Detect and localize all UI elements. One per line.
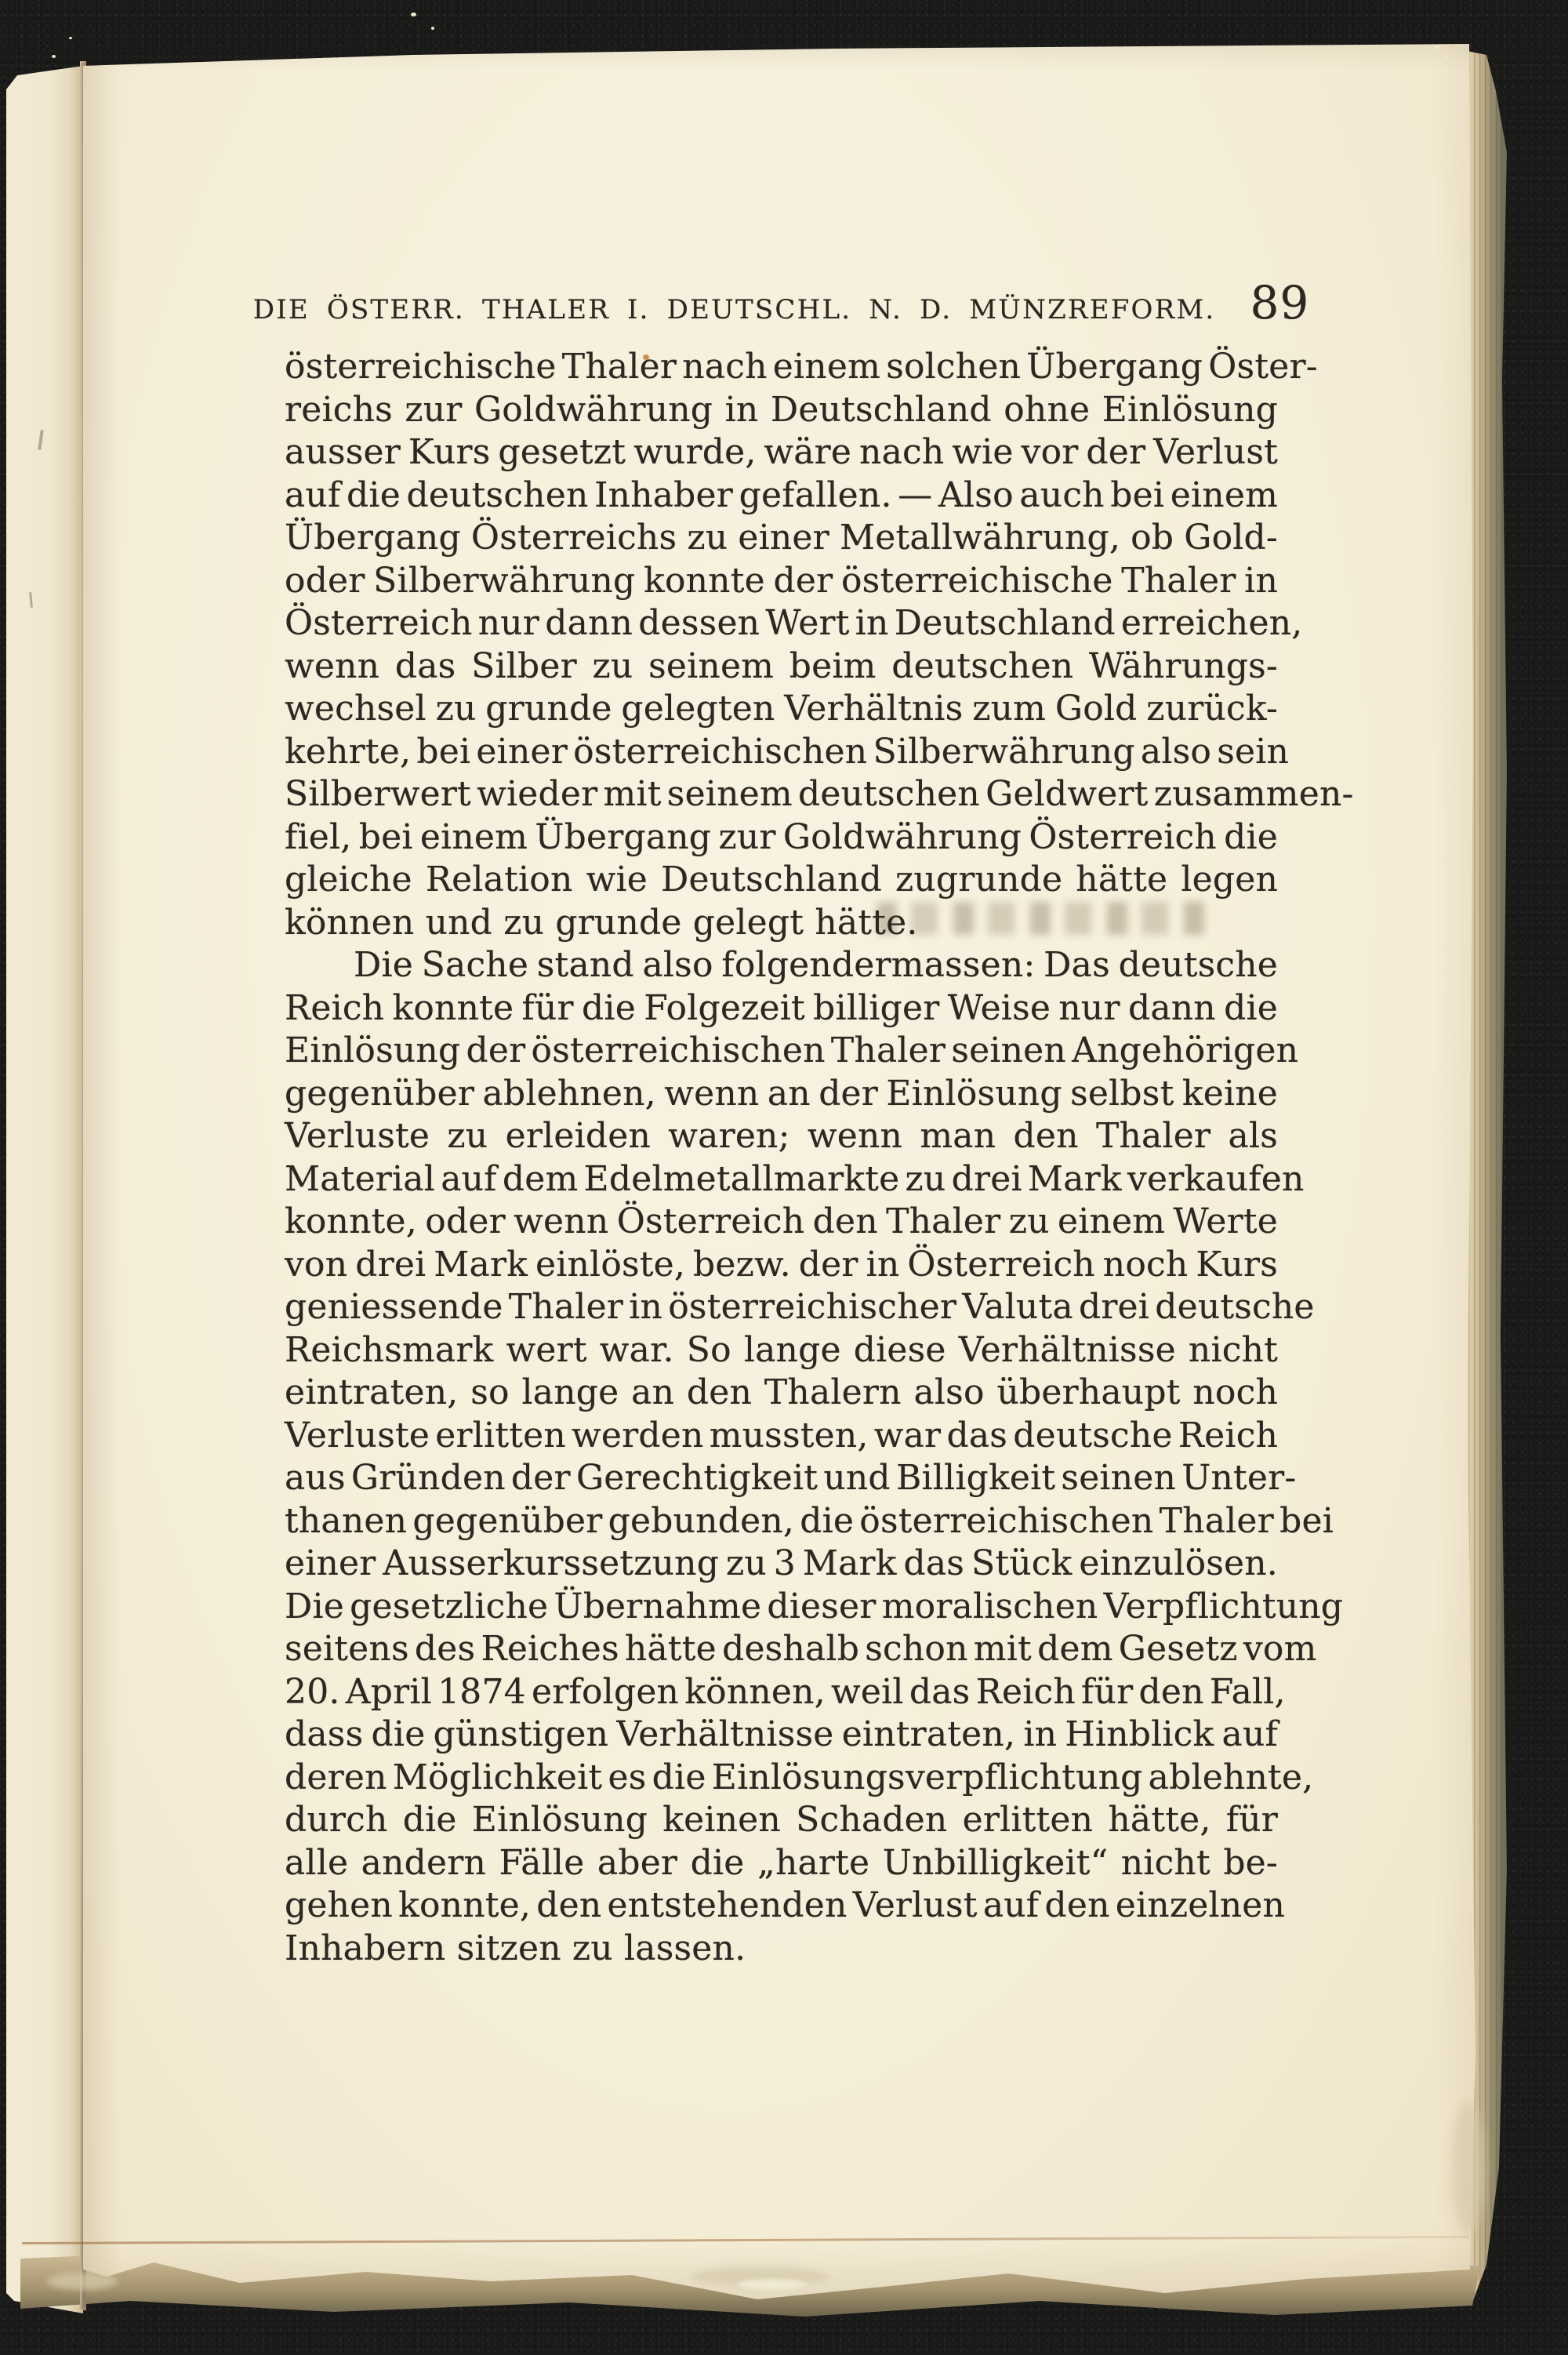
text-line: Übergang Österreichs zu einer Metallwähr… [285, 517, 1278, 560]
text-line: Verluste zu erleiden waren; wenn man den… [285, 1115, 1278, 1158]
text-line: Die gesetzliche Übernahme dieser moralis… [285, 1586, 1278, 1629]
book-page-scan: DIE ÖSTERR. THALER I. DEUTSCHL. N. D. MÜ… [0, 0, 1568, 2355]
paper-speck [1435, 45, 1439, 49]
text-line: ausser Kurs gesetzt wurde, wäre nach wie… [285, 431, 1278, 474]
text-line: seitens des Reiches hätte deshalb schon … [285, 1628, 1278, 1671]
text-line: von drei Mark einlöste, bezw. der in Öst… [285, 1244, 1278, 1287]
text-line: wechsel zu grunde gelegten Verhältnis zu… [285, 688, 1278, 731]
bottom-tear-highlight [47, 2273, 118, 2290]
text-line: durch die Einlösung keinen Schaden erlit… [285, 1799, 1278, 1842]
bottom-tear-highlight [737, 2279, 808, 2290]
text-line: Österreich nur dann dessen Wert in Deuts… [285, 602, 1278, 645]
text-line: thanen gegenüber gebunden, die österreic… [285, 1500, 1278, 1543]
text-line: Material auf dem Edelmetallmarkte zu dre… [285, 1158, 1278, 1201]
text-line: fiel, bei einem Übergang zur Goldwährung… [285, 816, 1278, 860]
text-line: 20. April 1874 erfolgen können, weil das… [285, 1671, 1278, 1714]
edge-tear-highlight [1452, 2102, 1485, 2235]
text-line: alle andern Fälle aber die „harte Unbill… [285, 1842, 1278, 1885]
text-line: Einlösung der österreichischen Thaler se… [285, 1030, 1278, 1073]
paper-speck [69, 37, 72, 39]
text-line: gehen konnte, den entstehenden Verlust a… [285, 1884, 1278, 1928]
facing-page-sliver [6, 66, 83, 2313]
text-line: gegenüber ablehnen, wenn an der Einlösun… [285, 1073, 1278, 1116]
paper-speck [52, 55, 56, 58]
text-line: aus Gründen der Gerechtigkeit und Billig… [285, 1457, 1278, 1500]
text-line: deren Möglichkeit es die Einlösungsverpf… [285, 1757, 1278, 1800]
text-line: österreichische Thaler nach einem solche… [285, 346, 1278, 389]
body-text: österreichische Thaler nach einem solche… [285, 346, 1278, 1970]
text-line: oder Silberwährung konnte der österreich… [285, 560, 1278, 603]
text-line: gleiche Relation wie Deutschland zugrund… [285, 859, 1278, 902]
text-line: dass die günstigen Verhältnisse eintrate… [285, 1714, 1278, 1757]
text-line: Verluste erlitten werden mussten, war da… [285, 1415, 1278, 1458]
paper-speck [411, 13, 416, 16]
running-header-title: DIE ÖSTERR. THALER I. DEUTSCHL. N. D. MÜ… [253, 294, 1216, 325]
text-line: Reich konnte für die Folgezeit billiger … [285, 987, 1278, 1030]
text-line: konnte, oder wenn Österreich den Thaler … [285, 1201, 1278, 1244]
text-line: geniessende Thaler in österreichischer V… [285, 1286, 1278, 1329]
running-header: DIE ÖSTERR. THALER I. DEUTSCHL. N. D. MÜ… [285, 276, 1278, 329]
text-line: Silberwert wieder mit seinem deutschen G… [285, 773, 1278, 816]
text-line: können und zu grunde gelegt hätte. [285, 902, 1278, 945]
text-line: wenn das Silber zu seinem beim deutschen… [285, 645, 1278, 689]
text-line: einer Ausserkurssetzung zu 3 Mark das St… [285, 1543, 1278, 1586]
paper-speck [1445, 56, 1448, 59]
text-line: eintraten, so lange an den Thalern also … [285, 1372, 1278, 1415]
text-line: Die Sache stand also folgendermassen: Da… [285, 944, 1278, 987]
text-line: Inhabern sitzen zu lassen. [285, 1928, 1278, 1971]
paper-speck [431, 27, 434, 30]
text-line: kehrte, bei einer österreichischen Silbe… [285, 731, 1278, 774]
text-line: Reichsmark wert war. So lange diese Verh… [285, 1329, 1278, 1372]
text-line: reichs zur Goldwährung in Deutschland oh… [285, 389, 1278, 432]
page-number: 89 [1250, 276, 1309, 329]
text-line: auf die deutschen Inhaber gefallen. — Al… [285, 474, 1278, 518]
